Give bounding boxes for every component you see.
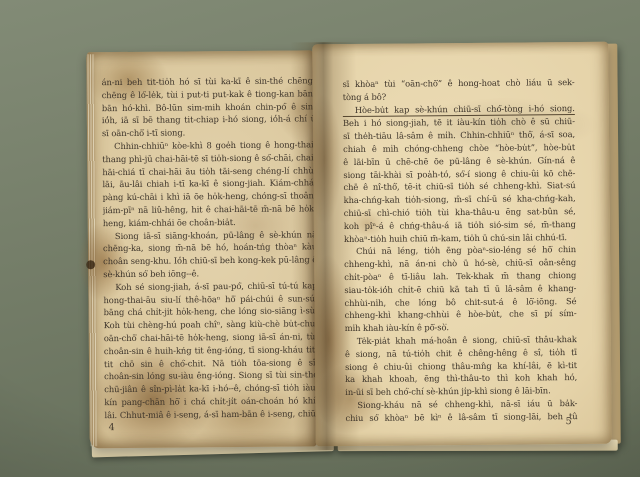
text-line: chiu só͘ khòaⁿ bē kìⁿ ê lâ-sâm tī siong-…: [345, 410, 577, 425]
page-number-right: 5: [565, 416, 571, 427]
text-line: chēng ê ló͘-le̍k, tùi i put-ti put-kak ê…: [102, 87, 316, 102]
text-line: Koh sé siong-jiah, á-sī pau-pó͘, chiū-sī…: [103, 279, 317, 294]
paper-stain: [86, 260, 95, 269]
text-line: choân seng-khu. Ió̍h chiū-sī beh kong-ke…: [103, 253, 317, 268]
text-line: choân-sin ê huih-kńg tit êng-ióng, tī si…: [104, 343, 318, 358]
page-text-left: án-ni beh tit-tio̍h hó sī tùi ka-kī ê si…: [102, 74, 319, 421]
book-page-right: sī khòaⁿ tùi “oān-chō͘” ê hong-hoat chò …: [312, 42, 611, 447]
text-line: sī khòaⁿ tùi “oān-chō͘” ê hong-hoat chò …: [343, 76, 575, 91]
text-line: ió̍h, iā sī bē thang tit-chiap i-hó sion…: [102, 113, 316, 128]
text-line: lâi. Chhut-miâ ê i-seng, á-sī ham-bān ê …: [104, 407, 318, 422]
text-line: jiám-pīⁿ nā liû-hêng, hit ê chai-hāi-tē …: [103, 202, 317, 217]
book-page-left: án-ni beh tit-tio̍h hó sī tùi ka-kī ê si…: [86, 50, 317, 448]
page-text-right: sī khòaⁿ tùi “oān-chō͘” ê hong-hoat chò …: [343, 76, 578, 425]
text-line: chheng-khì khang-chhùi ê hòe-bu̍t, che s…: [345, 307, 577, 322]
open-book: án-ni beh tit-tio̍h hó sī tùi ka-kī ê si…: [84, 40, 616, 453]
text-line: thang phì-jū chai-hāi-tē sī tio̍h-siong …: [102, 151, 316, 166]
page-number-left: 4: [109, 422, 115, 433]
